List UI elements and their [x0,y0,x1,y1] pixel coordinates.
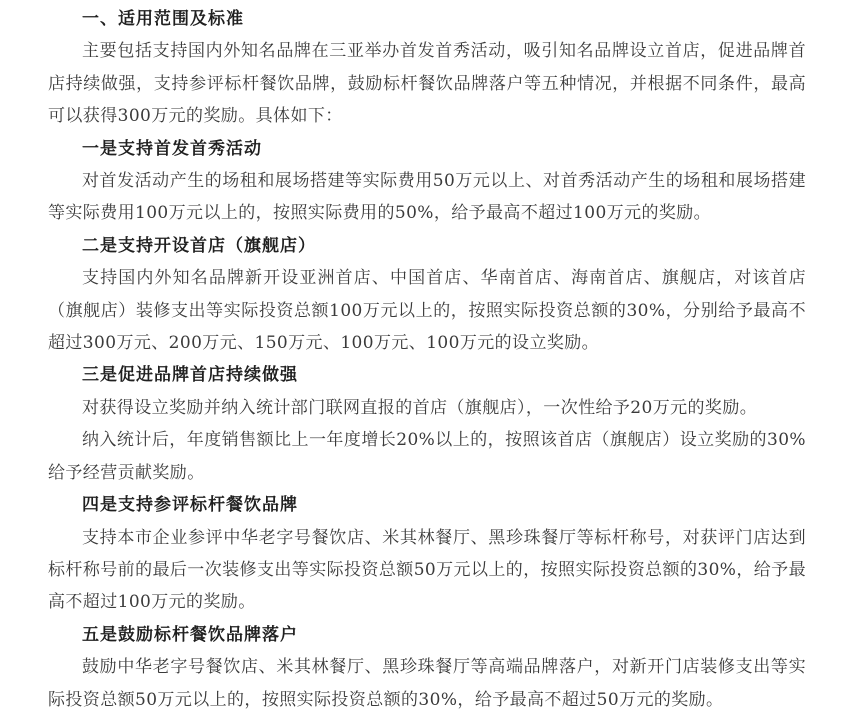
paragraph: 主要包括支持国内外知名品牌在三亚举办首发首秀活动，吸引知名品牌设立首店，促进品牌… [48,35,806,132]
section-heading: 一是支持首发首秀活动 [48,133,806,165]
section-heading: 一、适用范围及标准 [48,3,806,35]
paragraph: 支持本市企业参评中华老字号餐饮店、米其林餐厅、黑珍珠餐厅等标杆称号，对获评门店达… [48,522,806,619]
paragraph: 对获得设立奖励并纳入统计部门联网直报的首店（旗舰店），一次性给予20万元的奖励。 [48,392,806,424]
paragraph: 对首发活动产生的场租和展场搭建等实际费用50万元以上、对首秀活动产生的场租和展场… [48,165,806,230]
section-heading: 二是支持开设首店（旗舰店） [48,230,806,262]
paragraph: 支持国内外知名品牌新开设亚洲首店、中国首店、华南首店、海南首店、旗舰店，对该首店… [48,262,806,359]
document-page: 一、适用范围及标准主要包括支持国内外知名品牌在三亚举办首发首秀活动，吸引知名品牌… [0,0,850,712]
paragraph: 鼓励中华老字号餐饮店、米其林餐厅、黑珍珠餐厅等高端品牌落户，对新开门店装修支出等… [48,651,806,712]
paragraph: 纳入统计后，年度销售额比上一年度增长20%以上的，按照该首店（旗舰店）设立奖励的… [48,424,806,489]
section-heading: 三是促进品牌首店持续做强 [48,359,806,391]
section-heading: 四是支持参评标杆餐饮品牌 [48,489,806,521]
section-heading: 五是鼓励标杆餐饮品牌落户 [48,619,806,651]
document-body: 一、适用范围及标准主要包括支持国内外知名品牌在三亚举办首发首秀活动，吸引知名品牌… [48,3,806,712]
